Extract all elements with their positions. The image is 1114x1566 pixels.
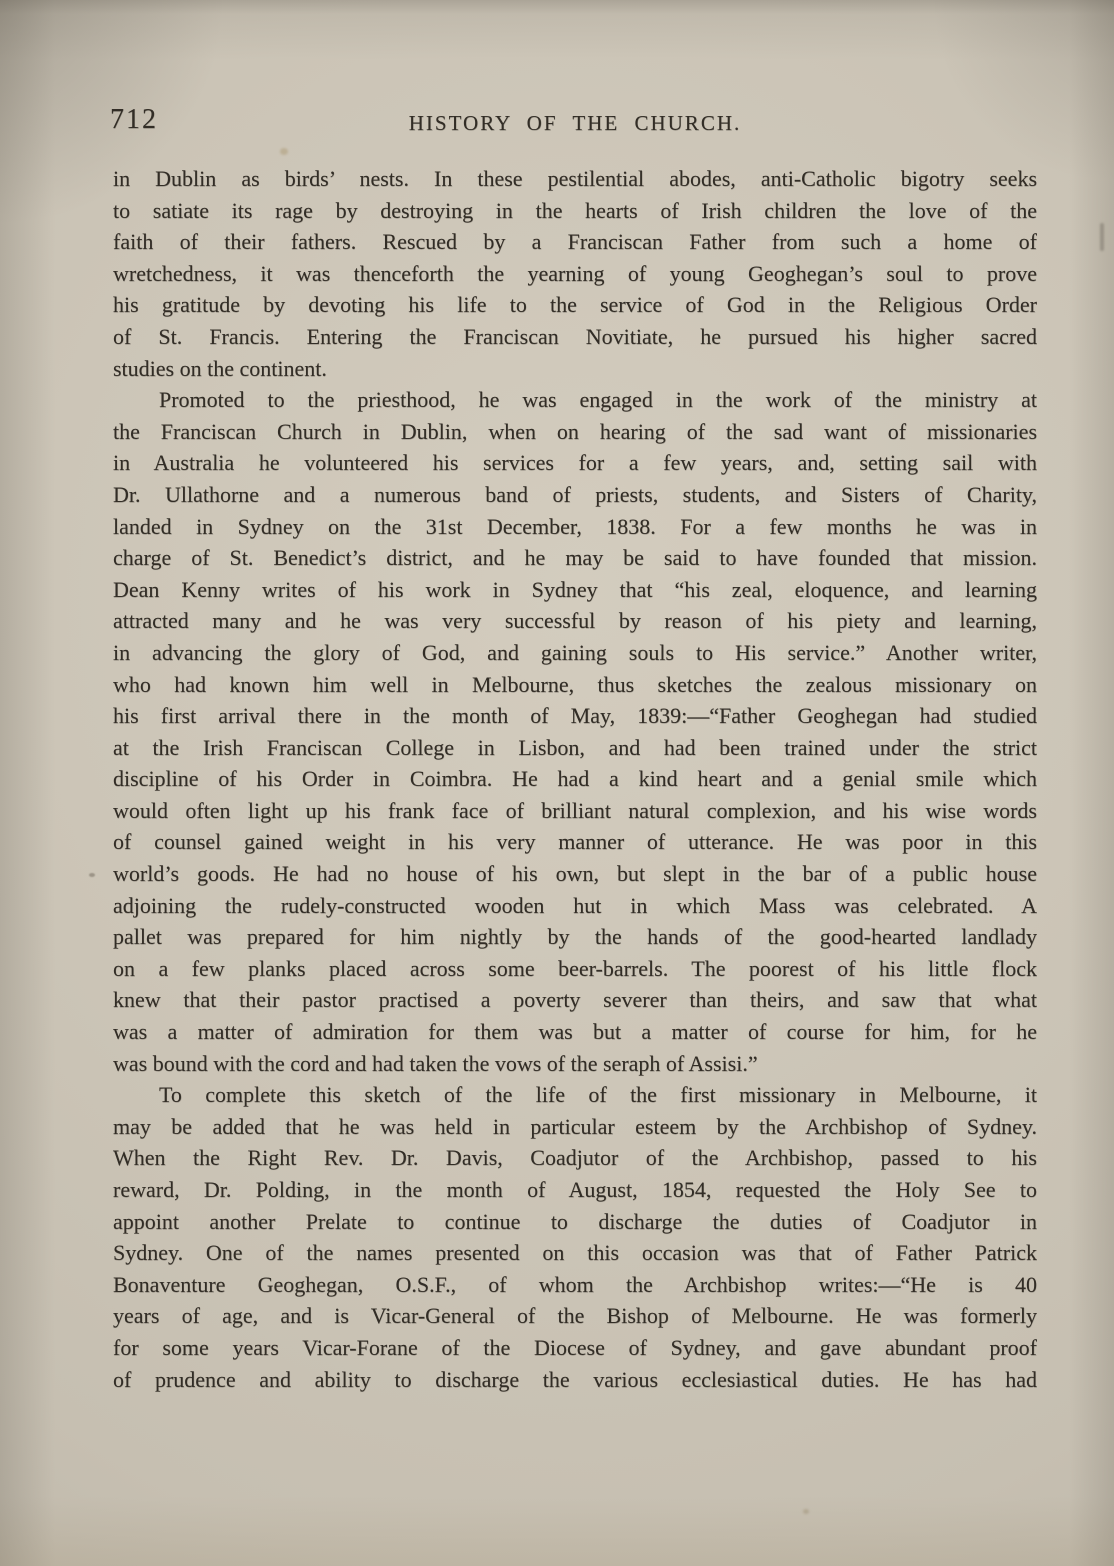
- text-line: of prudence and ability to discharge the…: [113, 1364, 1037, 1396]
- text-line: knew that their pastor practised a pover…: [113, 984, 1037, 1016]
- text-line: discipline of his Order in Coimbra. He h…: [113, 763, 1037, 795]
- text-line: world’s goods. He had no house of his ow…: [113, 858, 1037, 890]
- text-line: who had known him well in Melbourne, thu…: [113, 669, 1037, 701]
- text-line: of St. Francis. Entering the Franciscan …: [113, 321, 1037, 353]
- book-page: 712 HISTORY OF THE CHURCH. in Dublin as …: [0, 0, 1114, 1566]
- text-line: pallet was prepared for him nightly by t…: [113, 921, 1037, 953]
- scan-speck: [280, 148, 288, 155]
- text-line: in Australia he volunteered his services…: [113, 447, 1037, 479]
- text-line: adjoining the rudely-constructed wooden …: [113, 890, 1037, 922]
- text-line: for some years Vicar-Forane of the Dioce…: [113, 1332, 1037, 1364]
- scan-speck: [89, 873, 95, 877]
- text-line: studies on the continent.: [113, 353, 1037, 385]
- text-line: faith of their fathers. Rescued by a Fra…: [113, 226, 1037, 258]
- scan-streak: [1100, 223, 1104, 251]
- paragraph: To complete this sketch of the life of t…: [113, 1079, 1037, 1395]
- text-line: to satiate its rage by destroying in the…: [113, 195, 1037, 227]
- text-line: landed in Sydney on the 31st December, 1…: [113, 511, 1037, 543]
- running-title: HISTORY OF THE CHURCH.: [113, 111, 1037, 136]
- text-line: Dean Kenny writes of his work in Sydney …: [113, 574, 1037, 606]
- text-line: Dr. Ullathorne and a numerous band of pr…: [113, 479, 1037, 511]
- scan-speck: [803, 1509, 809, 1514]
- text-line: reward, Dr. Polding, in the month of Aug…: [113, 1174, 1037, 1206]
- text-line: Bonaventure Geoghegan, O.S.F., of whom t…: [113, 1269, 1037, 1301]
- text-line: on a few planks placed across some beer-…: [113, 953, 1037, 985]
- text-line: of counsel gained weight in his very man…: [113, 826, 1037, 858]
- text-line: charge of St. Benedict’s district, and h…: [113, 542, 1037, 574]
- text-line: years of age, and is Vicar-General of th…: [113, 1300, 1037, 1332]
- text-line: his first arrival there in the month of …: [113, 700, 1037, 732]
- text-line: at the Irish Franciscan College in Lisbo…: [113, 732, 1037, 764]
- text-line: in advancing the glory of God, and gaini…: [113, 637, 1037, 669]
- text-line: in Dublin as birds’ nests. In these pest…: [113, 163, 1037, 195]
- text-line: would often light up his frank face of b…: [113, 795, 1037, 827]
- text-line: his gratitude by devoting his life to th…: [113, 289, 1037, 321]
- text-line: attracted many and he was very successfu…: [113, 605, 1037, 637]
- text-line: was a matter of admiration for them was …: [113, 1016, 1037, 1048]
- text-line: Sydney. One of the names presented on th…: [113, 1237, 1037, 1269]
- text-line: When the Right Rev. Dr. Davis, Coadjutor…: [113, 1142, 1037, 1174]
- text-line: To complete this sketch of the life of t…: [113, 1079, 1037, 1111]
- text-line: appoint another Prelate to continue to d…: [113, 1206, 1037, 1238]
- text-line: the Franciscan Church in Dublin, when on…: [113, 416, 1037, 448]
- text-line: may be added that he was held in particu…: [113, 1111, 1037, 1143]
- text-line: Promoted to the priesthood, he was engag…: [113, 384, 1037, 416]
- text-line: was bound with the cord and had taken th…: [113, 1048, 1037, 1080]
- paragraph: Promoted to the priesthood, he was engag…: [113, 384, 1037, 1079]
- paragraph: in Dublin as birds’ nests. In these pest…: [113, 163, 1037, 384]
- page-body: in Dublin as birds’ nests. In these pest…: [113, 163, 1037, 1395]
- text-line: wretchedness, it was thenceforth the yea…: [113, 258, 1037, 290]
